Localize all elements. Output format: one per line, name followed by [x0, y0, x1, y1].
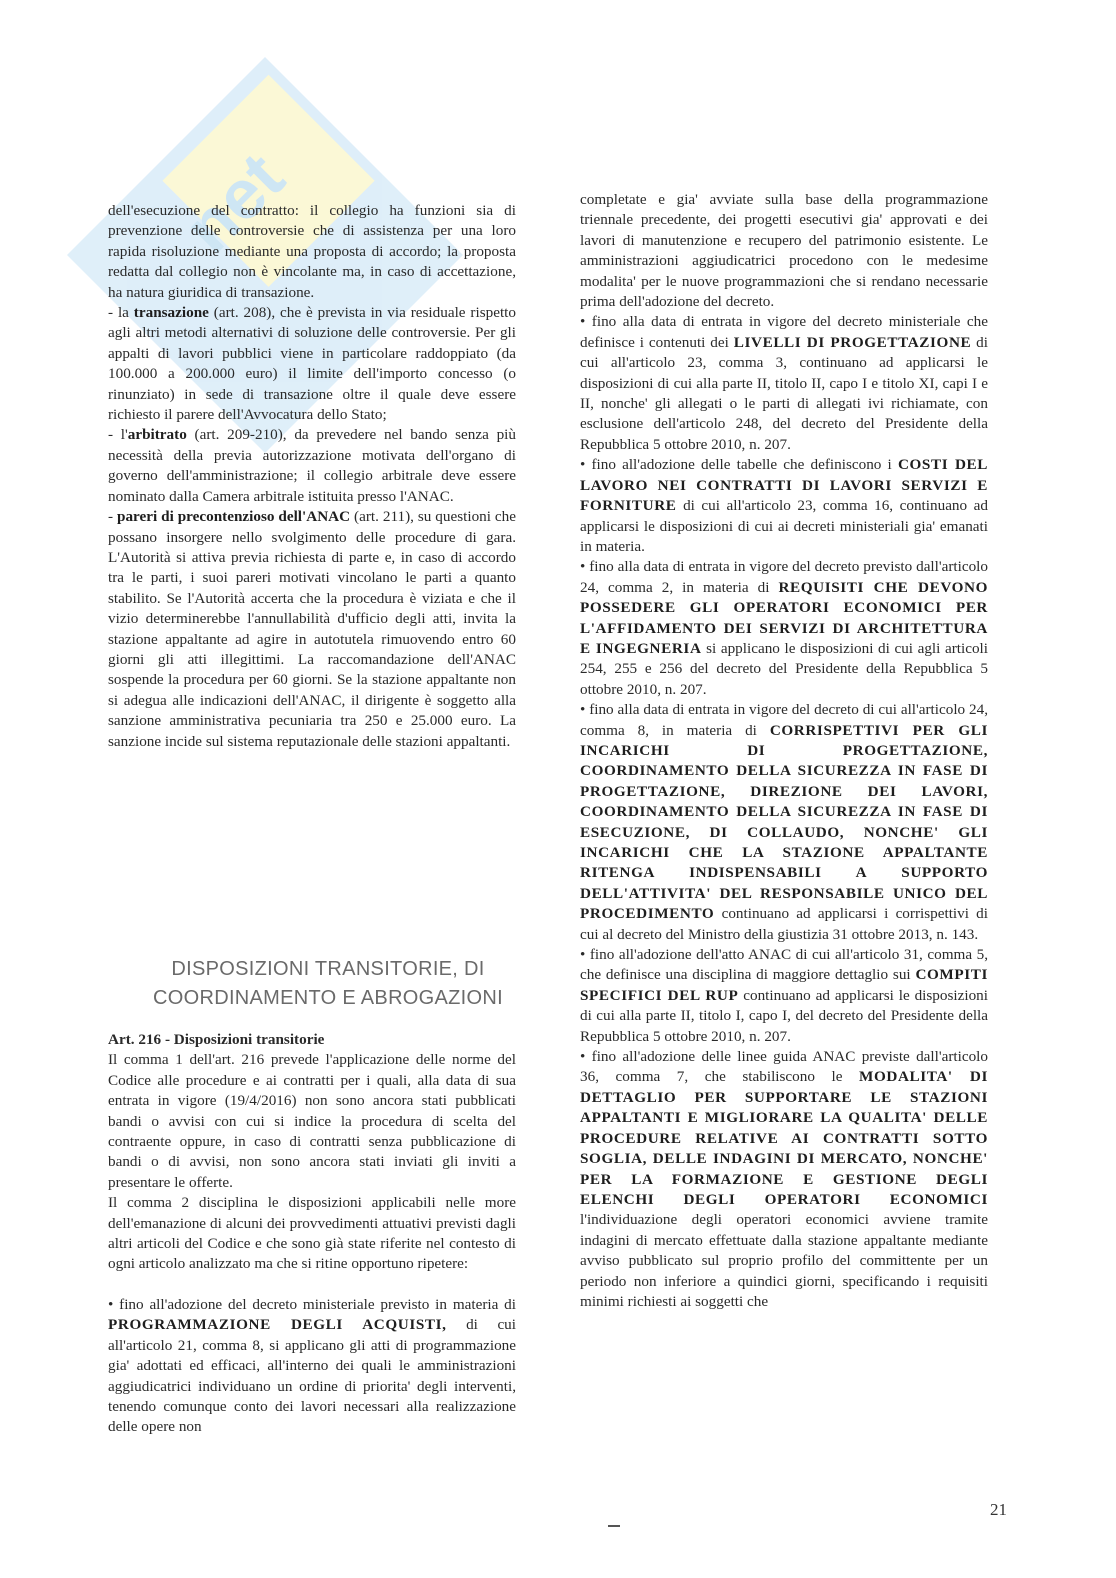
bullet-corrispettivi: • fino alla data di entrata in vigore de… — [580, 700, 988, 945]
paragraph-comma2: Il comma 2 disciplina le disposizioni ap… — [108, 1193, 516, 1275]
page-number: 21 — [990, 1500, 1007, 1520]
left-column-article: Art. 216 - Disposizioni transitorie Il c… — [108, 1030, 516, 1438]
paragraph-pareri: - pareri di precontenzioso dell'ANAC (ar… — [108, 507, 516, 752]
paragraph-transazione: - la transazione (art. 208), che è previ… — [108, 303, 516, 425]
paragraph: completate e gia' avviate sulla base del… — [580, 190, 988, 312]
section-heading: DISPOSIZIONI TRANSITORIE, DI COORDINAMEN… — [108, 955, 548, 1013]
bullet-programmazione: • fino all'adozione del decreto minister… — [108, 1295, 516, 1438]
left-column: dell'esecuzione del contratto: il colleg… — [108, 201, 516, 752]
bullet-linee-guida: • fino all'adozione delle linee guida AN… — [580, 1047, 988, 1312]
paragraph-comma1: Il comma 1 dell'art. 216 prevede l'appli… — [108, 1050, 516, 1193]
right-column: completate e gia' avviate sulla base del… — [580, 190, 988, 1312]
bullet-livelli: • fino alla data di entrata in vigore de… — [580, 312, 988, 455]
bullet-costi: • fino all'adozione delle tabelle che de… — [580, 455, 988, 557]
paragraph-arbitrato: - l'arbitrato (art. 209-210), da prevede… — [108, 425, 516, 507]
paragraph: dell'esecuzione del contratto: il colleg… — [108, 201, 516, 303]
article-title: Art. 216 - Disposizioni transitorie — [108, 1030, 516, 1050]
bullet-rup: • fino all'adozione dell'atto ANAC di cu… — [580, 945, 988, 1047]
page-mark — [608, 1525, 620, 1527]
bullet-requisiti: • fino alla data di entrata in vigore de… — [580, 557, 988, 700]
